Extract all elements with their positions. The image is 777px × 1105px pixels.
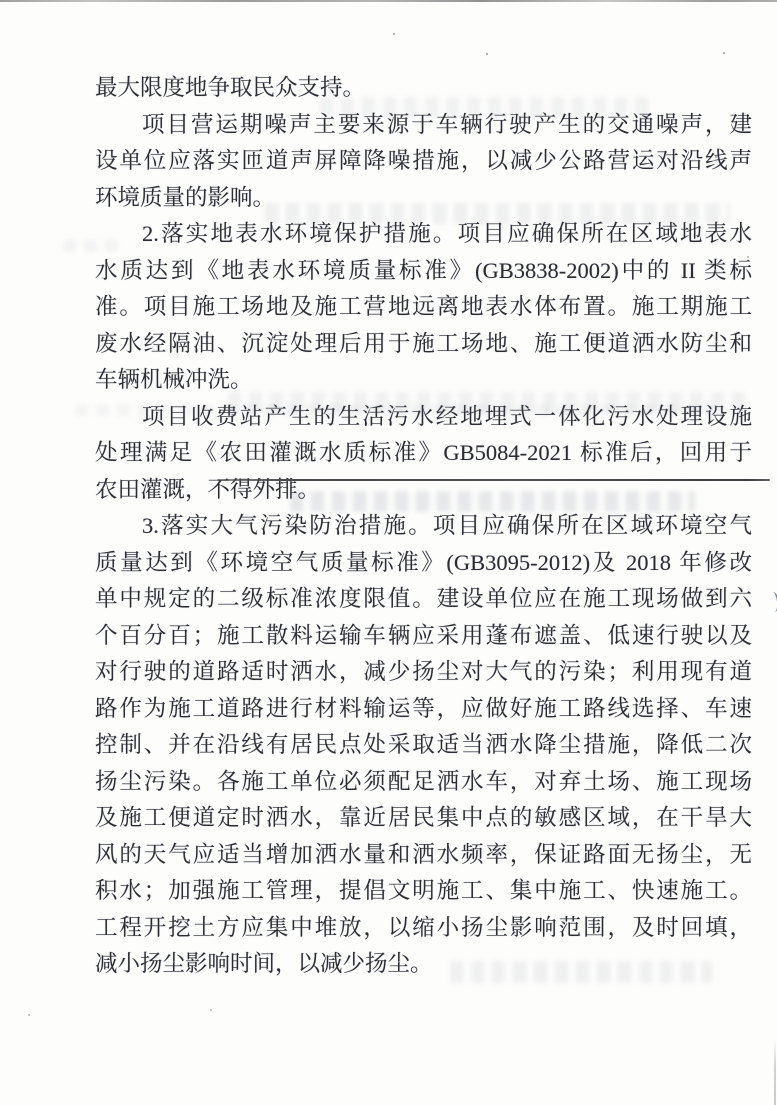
text-line: 废水经隔油、沉淀处理后用于施工场地、施工便道洒水防尘和	[95, 326, 752, 363]
bleedthrough-smudge	[75, 404, 715, 416]
ink-speck	[723, 52, 725, 54]
scanned-page: 最大限度地争取民众支持。项目营运期噪声主要来源于车辆行驶产生的交通噪声，建设单位…	[0, 0, 777, 1105]
text-line: 工程开挖土方应集中堆放，以缩小扬尘影响范围，及时回填，	[95, 910, 752, 947]
bleedthrough-smudge	[450, 961, 712, 983]
ink-speck	[715, 156, 717, 158]
text-line: 水质达到《地表水环境质量标准》(GB3838-2002)中的 II 类标	[95, 253, 752, 290]
ink-speck	[711, 604, 713, 606]
bleedthrough-smudge	[320, 97, 650, 118]
paragraph: 3.落实大气污染防治措施。项目应确保所在区域环境空气质量达到《环境空气质量标准》…	[95, 508, 752, 983]
text-line: 3.落实大气污染防治措施。项目应确保所在区域环境空气	[95, 508, 752, 545]
text-line: 控制、并在沿线有居民点处采取适当洒水降尘措施，降低二次	[95, 727, 752, 764]
ink-speck	[747, 256, 749, 258]
bleedthrough-smudge	[290, 491, 695, 512]
text-line: 个百分百；施工散料运输车辆应采用蓬布遮盖、低速行驶以及	[95, 618, 752, 655]
text-line: 及施工便道定时洒水，靠近居民集中点的敏感区域，在干旱大	[95, 800, 752, 837]
text-line: 路作为施工道路进行材料输运等，应做好施工路线选择、车速	[95, 691, 752, 728]
page-edge-mark	[767, 591, 777, 612]
underline-artifact	[217, 479, 770, 481]
ink-speck	[486, 53, 488, 55]
text-line: 对行驶的道路适时洒水，减少扬尘对大气的污染；利用现有道	[95, 654, 752, 691]
text-line: 扬尘污染。各施工单位必须配足洒水车，对弃土场、施工现场	[95, 764, 752, 801]
bleedthrough-smudge	[63, 240, 118, 252]
text-line: 设单位应落实匝道声屏障降噪措施，以减少公路营运对沿线声	[95, 143, 752, 180]
ink-speck	[28, 1014, 30, 1016]
paragraph: 项目营运期噪声主要来源于车辆行驶产生的交通噪声，建设单位应落实匝道声屏障降噪措施…	[95, 107, 752, 217]
text-line: 质量达到《环境空气质量标准》(GB3095-2012)及 2018 年修改	[95, 545, 752, 582]
text-line: 处理满足《农田灌溉水质标准》GB5084-2021 标准后，回用于	[95, 435, 752, 472]
text-line: 积水；加强施工管理，提倡文明施工、集中施工、快速施工。	[95, 873, 752, 910]
text-line: 单中规定的二级标准浓度限值。建设单位应在施工现场做到六	[95, 581, 752, 618]
right-edge-shadow	[774, 1040, 776, 1105]
scan-top-edge-artifact	[0, 0, 777, 2]
paragraph: 2.落实地表水环境保护措施。项目应确保所在区域地表水水质达到《地表水环境质量标准…	[95, 216, 752, 399]
ink-speck	[210, 1009, 212, 1011]
bleedthrough-smudge	[265, 203, 730, 224]
ink-speck	[393, 33, 395, 35]
text-line: 准。项目施工场地及施工营地远离地表水体布置。施工期施工	[95, 289, 752, 326]
text-line: 风的天气应适当增加洒水量和洒水频率，保证路面无扬尘，无	[95, 837, 752, 874]
